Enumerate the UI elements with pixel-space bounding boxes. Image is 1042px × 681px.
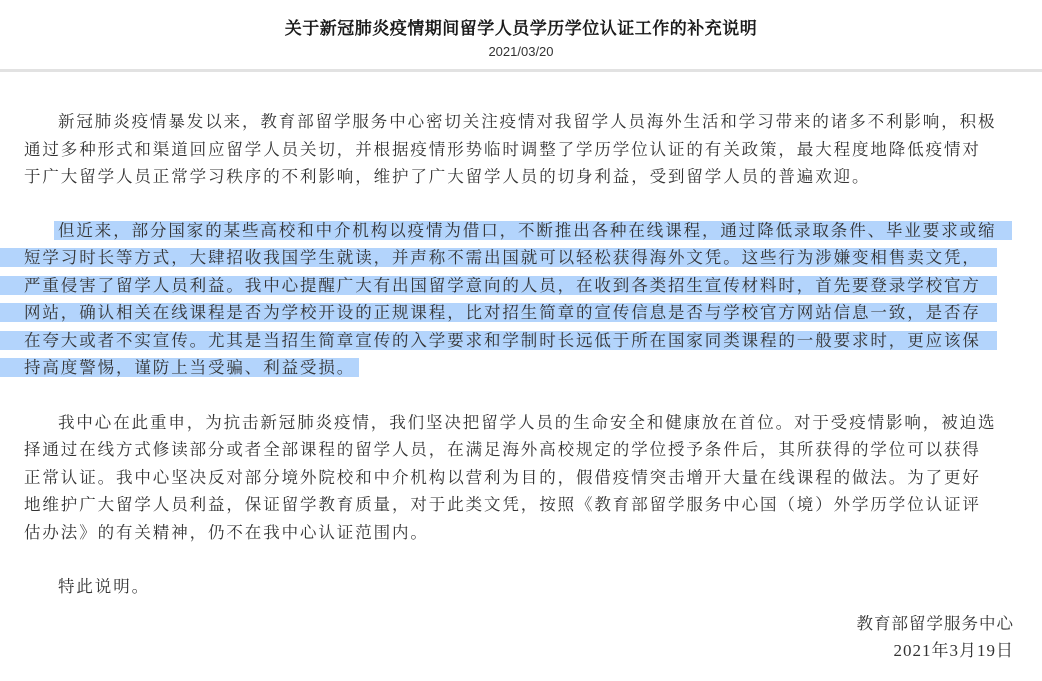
- text-line: 正常认证。我中心坚决反对部分境外院校和中介机构以营利为目的，假借疫情突击增开大量…: [24, 464, 1024, 492]
- document-title: 关于新冠肺炎疫情期间留学人员学历学位认证工作的补充说明: [0, 14, 1042, 39]
- text-line-selected: 持高度警惕，谨防上当受骗、利益受损。: [24, 354, 1024, 382]
- text-line: 地维护广大留学人员利益，保证留学教育质量，对于此类文凭，按照《教育部留学服务中心…: [24, 491, 1024, 519]
- signature-block: 教育部留学服务中心 2021年3月19日: [857, 610, 1015, 664]
- text-line: 特此说明。: [24, 573, 1024, 601]
- paragraph-closing[interactable]: 特此说明。: [24, 573, 1024, 601]
- paragraph-restatement[interactable]: 我中心在此重申，为抗击新冠肺炎疫情，我们坚决把留学人员的生命安全和健康放在首位。…: [24, 409, 1024, 547]
- text-line: 择通过在线方式修读部分或者全部课程的留学人员，在满足海外高校规定的学位授予条件后…: [24, 436, 1024, 464]
- text-line-selected: 短学习时长等方式，大肆招收我国学生就读，并声称不需出国就可以轻松获得海外文凭。这…: [24, 244, 1024, 272]
- document-body: 新冠肺炎疫情暴发以来，教育部留学服务中心密切关注疫情对我留学人员海外生活和学习带…: [24, 108, 1024, 628]
- text-line: 于广大留学人员正常学习秩序的不利影响，维护了广大留学人员的切身利益，受到留学人员…: [24, 163, 1024, 191]
- text-line-selected: 在夸大或者不实宣传。尤其是当招生简章宣传的入学要求和学制时长远低于所在国家同类课…: [24, 327, 1024, 355]
- signature-org: 教育部留学服务中心: [857, 610, 1015, 637]
- signature-date: 2021年3月19日: [857, 637, 1015, 664]
- paragraph-warning-selected[interactable]: 但近来，部分国家的某些高校和中介机构以疫情为借口，不断推出各种在线课程，通过降低…: [24, 217, 1024, 382]
- document-header: 关于新冠肺炎疫情期间留学人员学历学位认证工作的补充说明 2021/03/20: [0, 0, 1042, 69]
- text-line: 我中心在此重申，为抗击新冠肺炎疫情，我们坚决把留学人员的生命安全和健康放在首位。…: [24, 409, 1024, 437]
- text-line-selected: 但近来，部分国家的某些高校和中介机构以疫情为借口，不断推出各种在线课程，通过降低…: [24, 217, 1024, 245]
- header-divider: [0, 69, 1042, 72]
- text-line-selected: 网站，确认相关在线课程是否为学校开设的正规课程，比对招生简章的宣传信息是否与学校…: [24, 299, 1024, 327]
- text-line: 新冠肺炎疫情暴发以来，教育部留学服务中心密切关注疫情对我留学人员海外生活和学习带…: [24, 108, 1024, 136]
- publish-date: 2021/03/20: [0, 44, 1042, 59]
- text-line: 通过多种形式和渠道回应留学人员关切，并根据疫情形势临时调整了学历学位认证的有关政…: [24, 136, 1024, 164]
- text-line-selected: 严重侵害了留学人员利益。我中心提醒广大有出国留学意向的人员，在收到各类招生宣传材…: [24, 272, 1024, 300]
- paragraph-intro[interactable]: 新冠肺炎疫情暴发以来，教育部留学服务中心密切关注疫情对我留学人员海外生活和学习带…: [24, 108, 1024, 191]
- text-line: 估办法》的有关精神，仍不在我中心认证范围内。: [24, 519, 1024, 547]
